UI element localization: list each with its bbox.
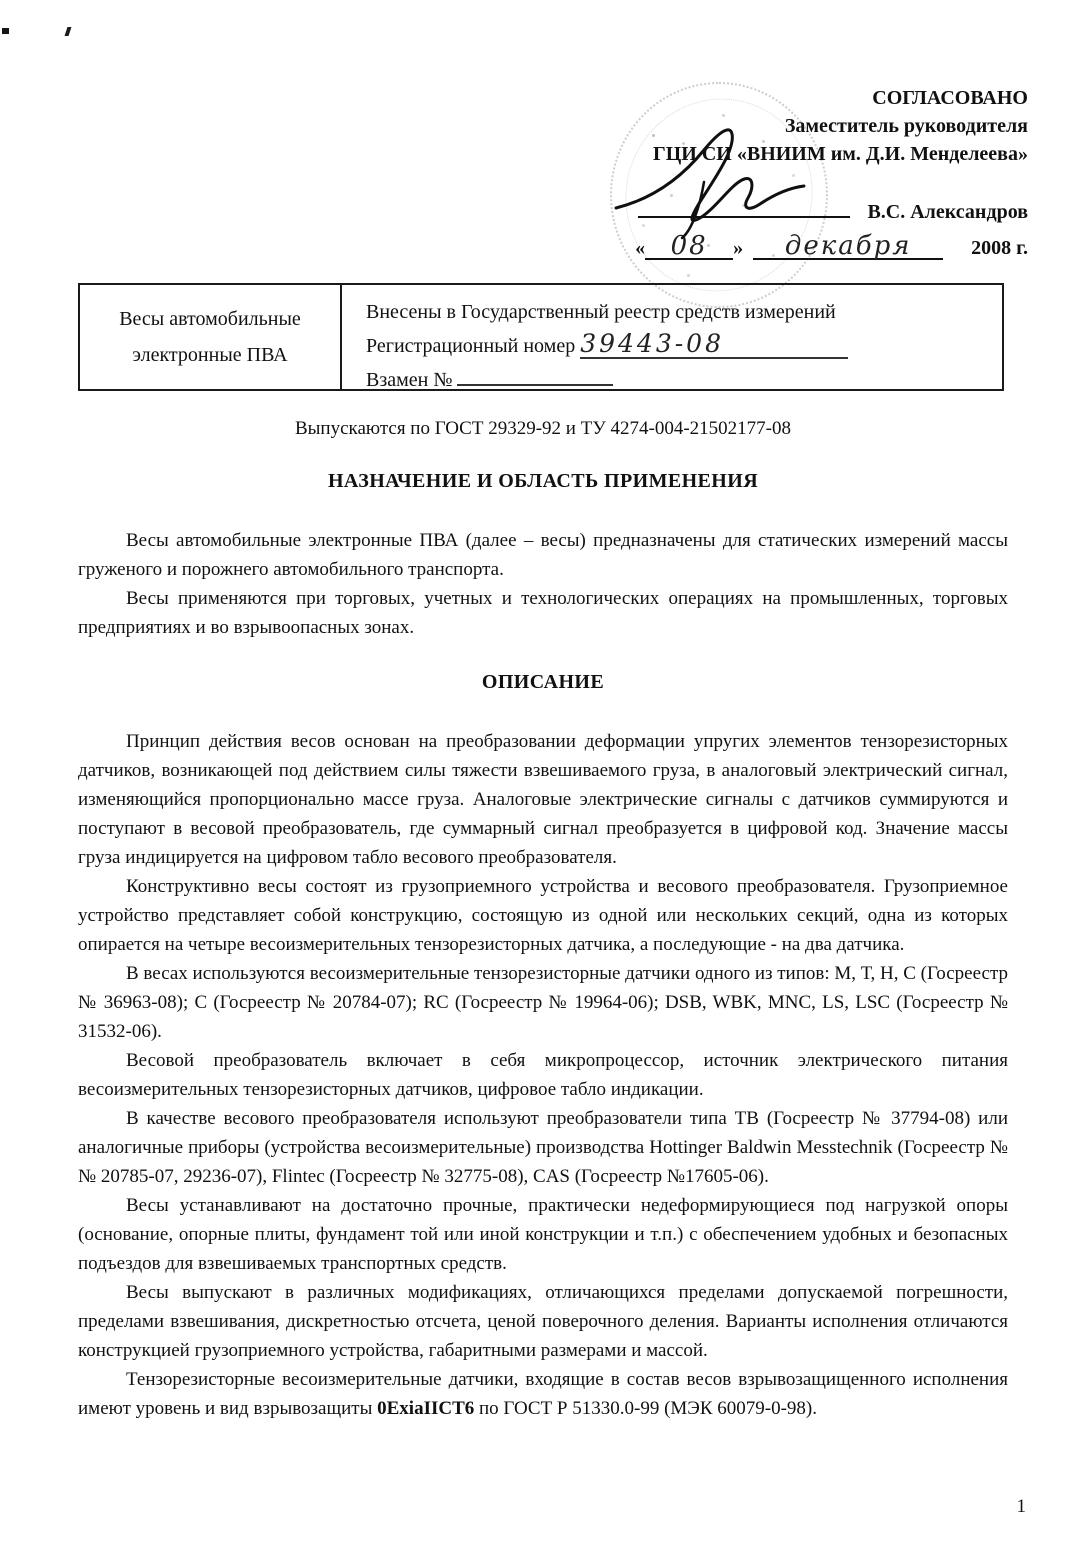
explosion-protection-code: 0ExiaIICT6: [377, 1398, 474, 1419]
document-page: СОГЛАСОВАНО Заместитель руководителя ГЦИ…: [0, 0, 1086, 1560]
approved-label: СОГЛАСОВАНО: [468, 84, 1028, 112]
explosion-paragraph-post: по ГОСТ Р 51330.0-99 (МЭК 60079-0-98).: [474, 1398, 817, 1419]
signer-name: В.С. Александров: [867, 201, 1028, 223]
description-paragraph: Конструктивно весы состоят из грузоприем…: [78, 872, 1008, 959]
registration-number-handwritten: 39443-08: [580, 329, 724, 358]
description-paragraph: Принцип действия весов основан на преобр…: [78, 727, 1008, 872]
description-paragraph: Весы устанавливают на достаточно прочные…: [78, 1191, 1008, 1278]
replaces-label: Взамен №: [366, 369, 452, 391]
purpose-paragraph: Весы автомобильные электронные ПВА (дале…: [78, 526, 1008, 584]
registration-number-line: Регистрационный номер 39443-08: [366, 329, 992, 363]
replaces-line: Взамен №: [366, 363, 992, 397]
date-year: 2008 г.: [971, 237, 1028, 259]
scan-speck: [2, 28, 9, 34]
registration-number-field: 39443-08: [580, 333, 848, 359]
signature-row: В.С. Александров: [468, 198, 1028, 226]
registry-entered-line: Внесены в Государственный реестр средств…: [366, 295, 992, 329]
description-paragraph: Весы выпускают в различных модификациях,…: [78, 1278, 1008, 1365]
device-name-cell: Весы автомобильные электронные ПВА: [80, 285, 342, 389]
signature-icon: [608, 122, 838, 242]
standards-line: Выпускаются по ГОСТ 29329-92 и ТУ 4274-0…: [78, 414, 1008, 443]
section-heading-purpose: НАЗНАЧЕНИЕ И ОБЛАСТЬ ПРИМЕНЕНИЯ: [78, 467, 1008, 496]
device-name-line1: Весы автомобильные: [119, 301, 301, 337]
page-number: 1: [1017, 1496, 1027, 1518]
description-paragraph: В весах используются весоизмерительные т…: [78, 959, 1008, 1046]
registry-info-cell: Внесены в Государственный реестр средств…: [342, 285, 1002, 389]
description-paragraph: Весовой преобразователь включает в себя …: [78, 1046, 1008, 1104]
scan-speck: [65, 27, 72, 36]
device-name-line2: электронные ПВА: [132, 337, 287, 373]
description-paragraph-explosion-protection: Тензорезисторные весоизмерительные датчи…: [78, 1365, 1008, 1423]
approval-block: СОГЛАСОВАНО Заместитель руководителя ГЦИ…: [468, 84, 1028, 262]
signature-line: [638, 216, 850, 218]
description-paragraph: В качестве весового преобразователя испо…: [78, 1104, 1008, 1191]
section-heading-description: ОПИСАНИЕ: [78, 668, 1008, 697]
replaces-blank-field: [457, 366, 613, 386]
purpose-paragraph: Весы применяются при торговых, учетных и…: [78, 584, 1008, 642]
registry-table: Весы автомобильные электронные ПВА Внесе…: [78, 283, 1004, 391]
document-body: Выпускаются по ГОСТ 29329-92 и ТУ 4274-0…: [78, 414, 1008, 1423]
registration-number-label: Регистрационный номер: [366, 335, 575, 357]
